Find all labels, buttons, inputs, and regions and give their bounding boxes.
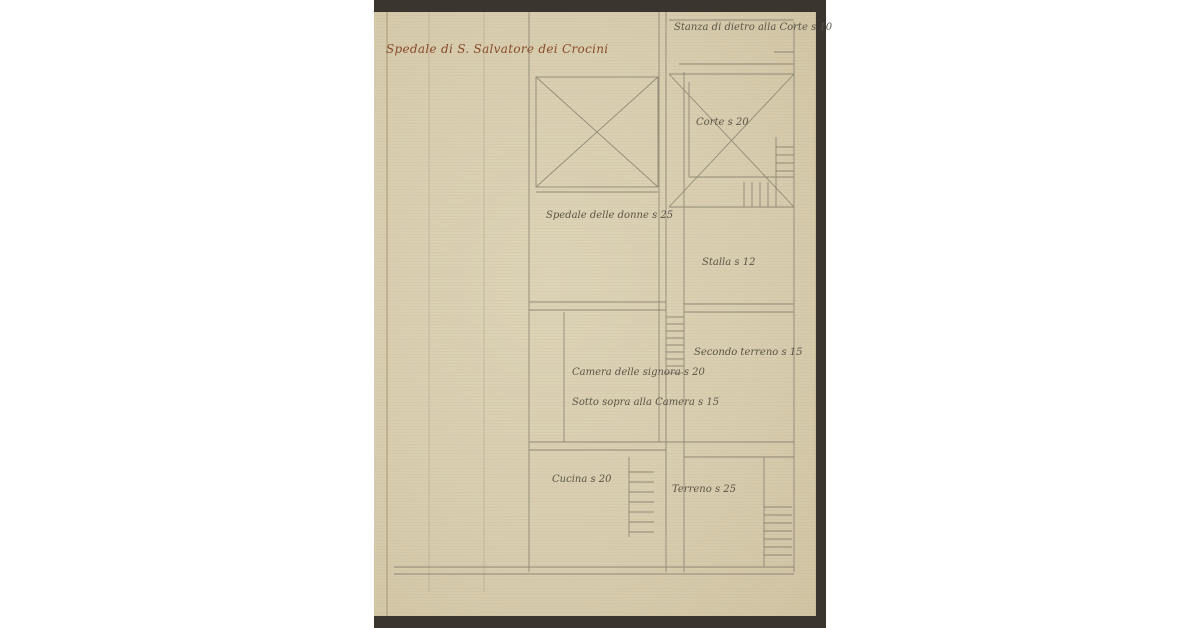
room-label-corte: Corte s 20 — [696, 117, 749, 129]
room-label-cucina: Cucina s 20 — [552, 474, 612, 486]
room-label-spedale-donne: Spedale delle donne s 25 — [546, 210, 673, 222]
manuscript-page: Spedale di S. Salvatore dei Crocini — [374, 12, 816, 616]
floor-plan-drawing — [374, 12, 815, 616]
room-label-stalla: Stalla s 12 — [702, 257, 755, 269]
room-label-camera: Camera delle signora s 20 — [572, 367, 705, 379]
room-label-secondo-terreno: Secondo terreno s 15 — [694, 347, 803, 359]
room-label-terreno: Terreno s 25 — [672, 484, 736, 496]
room-label-camera-sopra: Sotto sopra alla Camera s 15 — [572, 397, 719, 409]
scanned-document-backing: Spedale di S. Salvatore dei Crocini — [374, 0, 826, 628]
room-label-stanza-cortile: Stanza di dietro alla Corte s 10 — [674, 22, 832, 34]
